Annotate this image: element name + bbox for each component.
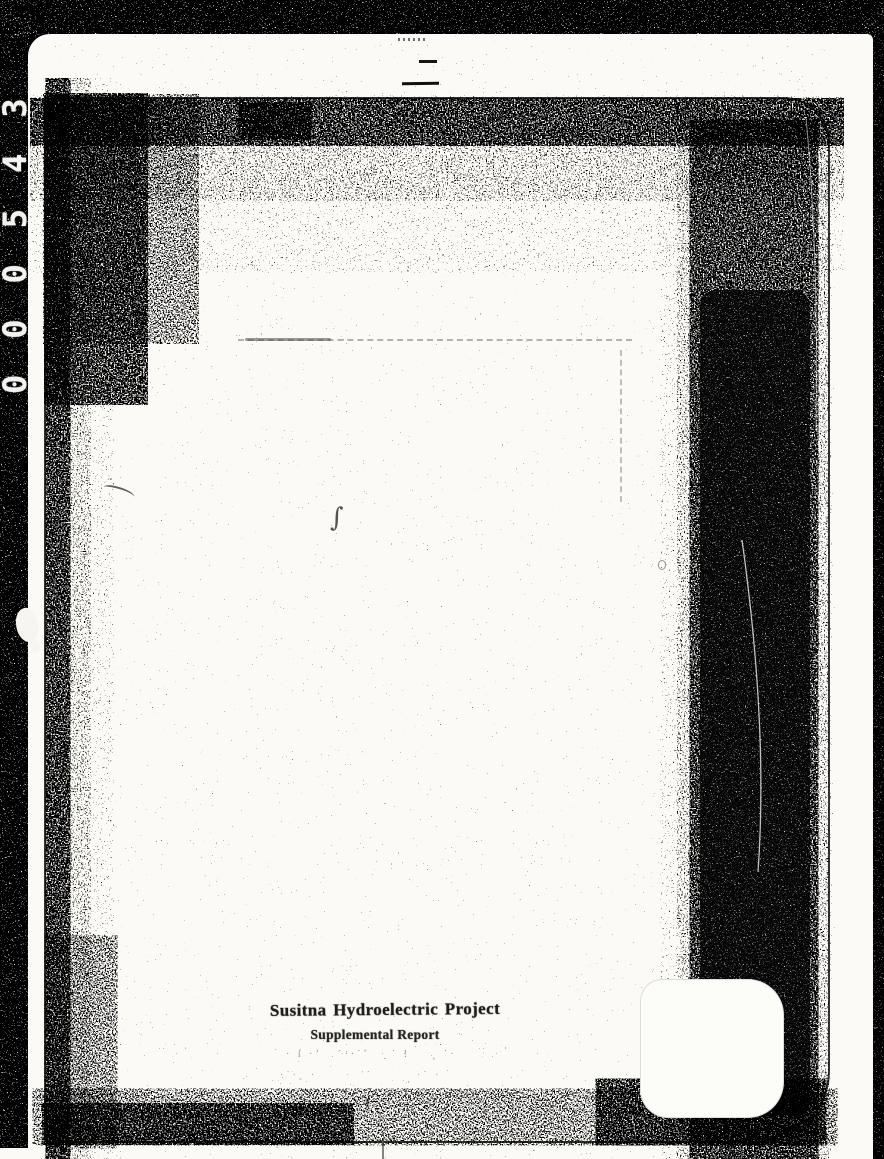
ghost-rectangle-top-line-dark-segment [245, 338, 331, 341]
illegible-text-line: ·˙·˛ · ˙ ·˙ · [280, 1070, 441, 1081]
page-bottom-edge [0, 1148, 30, 1159]
scan-artifact-microtext [398, 38, 426, 41]
blank-label-sticker [640, 979, 784, 1118]
document-number-text: 000543 [0, 62, 32, 394]
scan-edge-tear [30, 640, 40, 652]
scan-artifact-dash [419, 60, 437, 63]
scan-artifact-ring [658, 560, 666, 570]
scan-artifact-dash [402, 82, 439, 85]
document-title: Susitna Hydroelectric Project [238, 999, 532, 1022]
document-subtitle: Supplemental Report [240, 1027, 510, 1043]
document-number-stamp: 000543 [0, 0, 34, 400]
ghost-rectangle-right-line [620, 350, 622, 502]
illegible-text-line: · ſ ·ʼ ˙··˙˚ ˙ ! ˳ ˙· [286, 1049, 457, 1060]
scan-artifact-pen-mark: ∫ [330, 503, 350, 539]
scan-artifact-fold-line [382, 1138, 384, 1159]
scanned-document: ∫ Susitna Hydroelectric Project Suppleme… [0, 0, 884, 1159]
